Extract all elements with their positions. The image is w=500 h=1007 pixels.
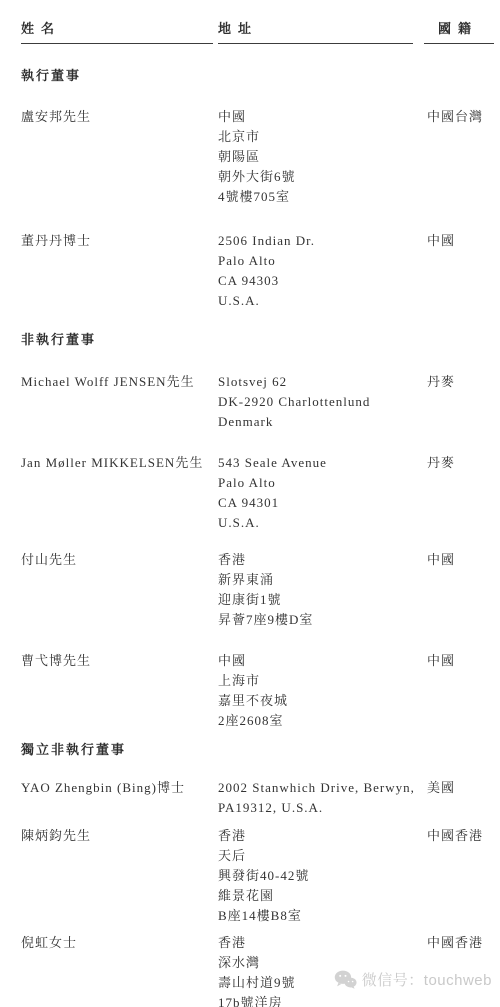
director-address: 香港 新界東涌 迎康街1號 昇薈7座9樓D室 xyxy=(218,550,424,630)
address-line: Palo Alto xyxy=(218,251,424,271)
column-header-name: 姓名 xyxy=(21,18,213,44)
table-row: 曹弋博先生 中國 上海市 嘉里不夜城 2座2608室 中國 xyxy=(21,651,494,731)
director-name: 曹弋博先生 xyxy=(21,651,218,731)
table-row: 陳炳鈞先生 香港 天后 興發街40-42號 維景花園 B座14樓B8室 中國香港 xyxy=(21,826,494,926)
address-line: 4號樓705室 xyxy=(218,187,424,207)
address-line: 中國 xyxy=(218,651,424,671)
director-address: Slotsvej 62 DK-2920 Charlottenlund Denma… xyxy=(218,372,424,432)
director-address: 中國 北京市 朝陽區 朝外大街6號 4號樓705室 xyxy=(218,107,424,207)
address-line: Palo Alto xyxy=(218,473,424,493)
address-line: B座14樓B8室 xyxy=(218,906,424,926)
table-row: 盧安邦先生 中國 北京市 朝陽區 朝外大街6號 4號樓705室 中國台灣 xyxy=(21,107,494,207)
address-line: 嘉里不夜城 xyxy=(218,691,424,711)
director-address: 2506 Indian Dr. Palo Alto CA 94303 U.S.A… xyxy=(218,231,424,311)
director-name: Jan Møller MIKKELSEN先生 xyxy=(21,453,218,533)
table-row: Jan Møller MIKKELSEN先生 543 Seale Avenue … xyxy=(21,453,494,533)
director-name: 董丹丹博士 xyxy=(21,231,218,311)
wechat-icon xyxy=(334,970,357,989)
director-nationality: 美國 xyxy=(424,778,494,818)
director-nationality: 中國台灣 xyxy=(424,107,494,207)
director-nationality: 丹麥 xyxy=(424,372,494,432)
address-line: 香港 xyxy=(218,826,424,846)
table-header-row: 姓名 地址 國籍 xyxy=(21,18,494,44)
director-name: 付山先生 xyxy=(21,550,218,630)
address-line: Denmark xyxy=(218,412,424,432)
address-line: 興發街40-42號 xyxy=(218,866,424,886)
director-address: 543 Seale Avenue Palo Alto CA 94301 U.S.… xyxy=(218,453,424,533)
address-line: CA 94303 xyxy=(218,271,424,291)
director-nationality: 中國 xyxy=(424,550,494,630)
address-line: Slotsvej 62 xyxy=(218,372,424,392)
director-address: 中國 上海市 嘉里不夜城 2座2608室 xyxy=(218,651,424,731)
address-line: 迎康街1號 xyxy=(218,590,424,610)
address-line: 17b號洋房 xyxy=(218,993,424,1007)
column-header-nationality: 國籍 xyxy=(424,18,494,44)
address-line: 2002 Stanwhich Drive, Berwyn, xyxy=(218,778,424,798)
address-line: 香港 xyxy=(218,933,424,953)
address-line: 昇薈7座9樓D室 xyxy=(218,610,424,630)
address-line: 新界東涌 xyxy=(218,570,424,590)
column-header-address: 地址 xyxy=(218,18,413,44)
director-nationality: 中國 xyxy=(424,231,494,311)
table-row: Michael Wolff JENSEN先生 Slotsvej 62 DK-29… xyxy=(21,372,494,432)
address-line: U.S.A. xyxy=(218,291,424,311)
section-title-non-executive-directors: 非執行董事 xyxy=(21,332,494,348)
section-title-independent-non-executive-directors: 獨立非執行董事 xyxy=(21,742,494,758)
address-line: U.S.A. xyxy=(218,513,424,533)
address-line: 香港 xyxy=(218,550,424,570)
director-name: 盧安邦先生 xyxy=(21,107,218,207)
director-address: 2002 Stanwhich Drive, Berwyn, PA19312, U… xyxy=(218,778,424,818)
director-name: 陳炳鈞先生 xyxy=(21,826,218,926)
address-line: 天后 xyxy=(218,846,424,866)
address-line: DK-2920 Charlottenlund xyxy=(218,392,424,412)
table-row: YAO Zhengbin (Bing)博士 2002 Stanwhich Dri… xyxy=(21,778,494,818)
director-nationality: 丹麥 xyxy=(424,453,494,533)
directors-table-page: 姓名 地址 國籍 執行董事 盧安邦先生 中國 北京市 朝陽區 朝外大街6號 4號… xyxy=(0,0,500,1007)
watermark-label: 微信号：touchweb xyxy=(362,969,492,990)
director-nationality: 中國 xyxy=(424,651,494,731)
wechat-watermark: 微信号：touchweb xyxy=(334,969,492,990)
director-name: YAO Zhengbin (Bing)博士 xyxy=(21,778,218,818)
director-address: 香港 天后 興發街40-42號 維景花園 B座14樓B8室 xyxy=(218,826,424,926)
table-row: 付山先生 香港 新界東涌 迎康街1號 昇薈7座9樓D室 中國 xyxy=(21,550,494,630)
address-line: 上海市 xyxy=(218,671,424,691)
address-line: 維景花園 xyxy=(218,886,424,906)
director-nationality: 中國香港 xyxy=(424,826,494,926)
table-row: 董丹丹博士 2506 Indian Dr. Palo Alto CA 94303… xyxy=(21,231,494,311)
director-name: 倪虹女士 xyxy=(21,933,218,1007)
address-line: 朝陽區 xyxy=(218,147,424,167)
address-line: CA 94301 xyxy=(218,493,424,513)
address-line: PA19312, U.S.A. xyxy=(218,798,424,818)
address-line: 543 Seale Avenue xyxy=(218,453,424,473)
section-title-executive-directors: 執行董事 xyxy=(21,68,494,84)
director-name: Michael Wolff JENSEN先生 xyxy=(21,372,218,432)
address-line: 朝外大街6號 xyxy=(218,167,424,187)
address-line: 2506 Indian Dr. xyxy=(218,231,424,251)
address-line: 中國 xyxy=(218,107,424,127)
address-line: 北京市 xyxy=(218,127,424,147)
address-line: 2座2608室 xyxy=(218,711,424,731)
